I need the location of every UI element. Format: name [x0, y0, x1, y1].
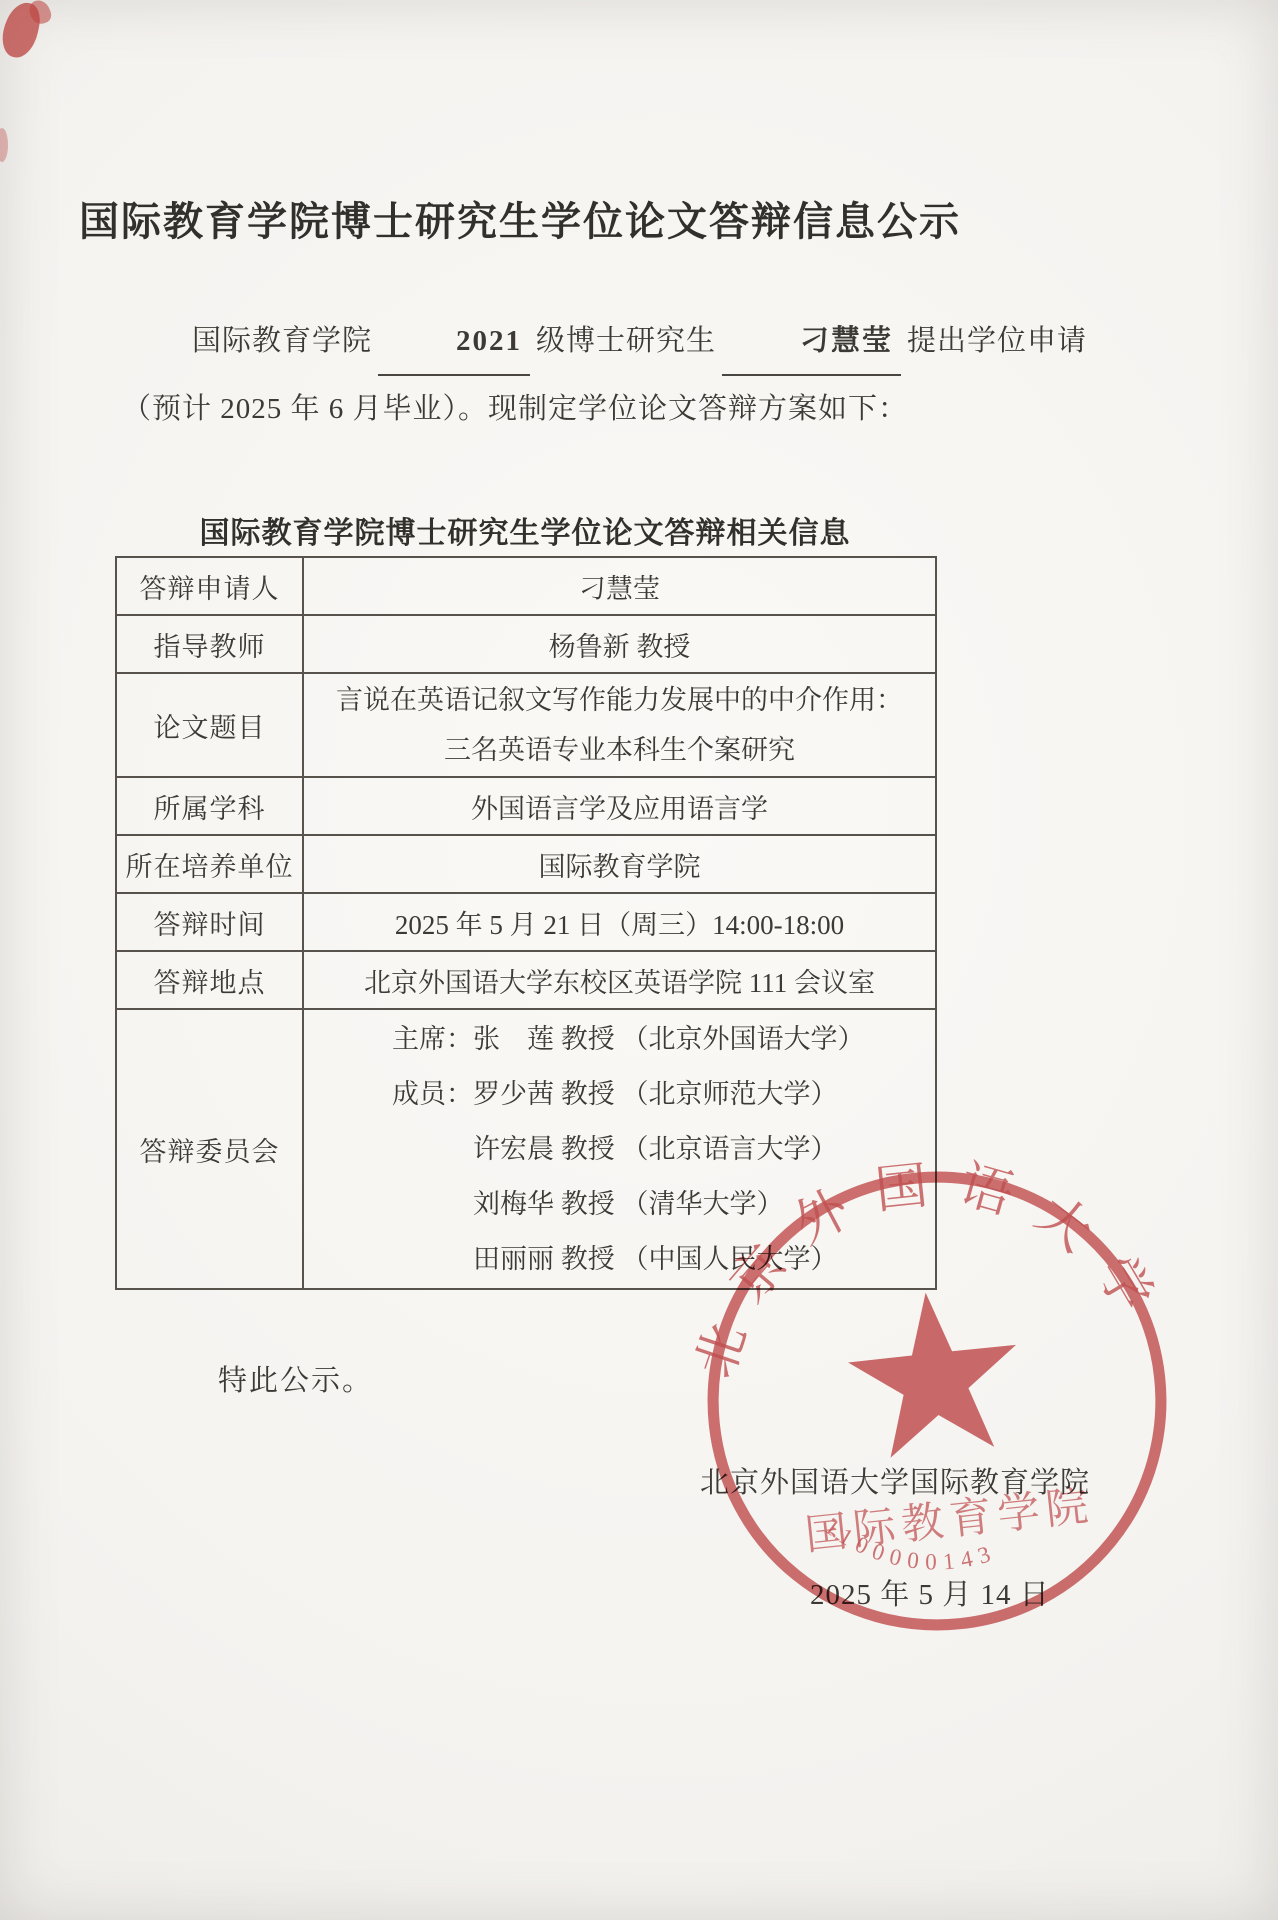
red-ink-smudge [0, 128, 8, 162]
table-row-defense-place: 答辩地点 北京外国语大学东校区英语学院 111 会议室 [116, 951, 936, 1009]
document-page: 国际教育学院博士研究生学位论文答辩信息公示 国际教育学院2021级博士研究生刁慧… [0, 0, 1278, 1920]
row-value: 2025 年 5 月 21 日（周三）14:00-18:00 [303, 893, 936, 951]
committee-line: 成员：罗少茜 教授 （北京师范大学） [392, 1067, 935, 1122]
table-row-thesis-title: 论文题目 言说在英语记叙文写作能力发展中的中介作用： 三名英语专业本科生个案研究 [116, 673, 936, 777]
row-label: 答辩申请人 [116, 557, 303, 615]
signature-date: 2025 年 5 月 14 日 [810, 1572, 1050, 1613]
table-title: 国际教育学院博士研究生学位论文答辩相关信息 [0, 508, 1050, 552]
closing-statement: 特此公示。 [218, 1358, 373, 1399]
row-value: 北京外国语大学东校区英语学院 111 会议室 [303, 951, 936, 1009]
thesis-title-line-1: 言说在英语记叙文写作能力发展中的中介作用： [304, 675, 935, 725]
row-label: 所在培养单位 [116, 835, 303, 893]
intro-line-1: 国际教育学院2021级博士研究生刁慧莹提出学位申请 [122, 308, 952, 376]
row-value: 外国语言学及应用语言学 [303, 777, 936, 835]
row-label: 论文题目 [116, 673, 303, 777]
applicant-name-blank: 刁慧莹 [722, 308, 901, 376]
intro-segment: 提出学位申请 [907, 325, 1087, 357]
committee-members: 主席：张 莲 教授 （北京外国语大学） 成员：罗少茜 教授 （北京师范大学） 许… [303, 1009, 936, 1289]
intro-line-2: （预计 2025 年 6 月毕业）。现制定学位论文答辩方案如下： [122, 376, 952, 442]
thesis-title-line-2: 三名英语专业本科生个案研究 [304, 725, 935, 775]
document-title: 国际教育学院博士研究生学位论文答辩信息公示 [0, 190, 1040, 247]
row-value: 杨鲁新 教授 [303, 615, 936, 673]
signature-organization: 北京外国语大学国际教育学院 [700, 1460, 1090, 1501]
committee-line: 许宏晨 教授 （北京语言大学） [392, 1122, 935, 1177]
table-row-supervisor: 指导教师 杨鲁新 教授 [116, 615, 936, 673]
table-row-committee: 答辩委员会 主席：张 莲 教授 （北京外国语大学） 成员：罗少茜 教授 （北京师… [116, 1009, 936, 1289]
grade-blank: 2021 [378, 308, 530, 376]
committee-line: 刘梅华 教授 （清华大学） [392, 1177, 935, 1232]
intro-segment: 级博士研究生 [536, 325, 716, 357]
intro-segment: 国际教育学院 [192, 325, 372, 357]
committee-line: 田丽丽 教授 （中国人民大学） [392, 1232, 935, 1287]
red-ink-smudge [26, 0, 53, 27]
row-value: 国际教育学院 [303, 835, 936, 893]
table-row-applicant: 答辩申请人 刁慧莹 [116, 557, 936, 615]
row-label: 答辩委员会 [116, 1009, 303, 1289]
intro-paragraph: 国际教育学院2021级博士研究生刁慧莹提出学位申请 （预计 2025 年 6 月… [122, 308, 952, 442]
table-row-defense-time: 答辩时间 2025 年 5 月 21 日（周三）14:00-18:00 [116, 893, 936, 951]
table-row-training-unit: 所在培养单位 国际教育学院 [116, 835, 936, 893]
committee-line: 主席：张 莲 教授 （北京外国语大学） [392, 1012, 935, 1067]
row-value: 言说在英语记叙文写作能力发展中的中介作用： 三名英语专业本科生个案研究 [303, 673, 936, 777]
row-label: 所属学科 [116, 777, 303, 835]
row-value: 刁慧莹 [303, 557, 936, 615]
row-label: 指导教师 [116, 615, 303, 673]
defense-info-table: 答辩申请人 刁慧莹 指导教师 杨鲁新 教授 论文题目 言说在英语记叙文写作能力发… [115, 556, 937, 1290]
seal-star-icon [842, 1284, 1027, 1461]
row-label: 答辩地点 [116, 951, 303, 1009]
red-ink-smudge [0, 0, 43, 61]
table-row-discipline: 所属学科 外国语言学及应用语言学 [116, 777, 936, 835]
row-label: 答辩时间 [116, 893, 303, 951]
